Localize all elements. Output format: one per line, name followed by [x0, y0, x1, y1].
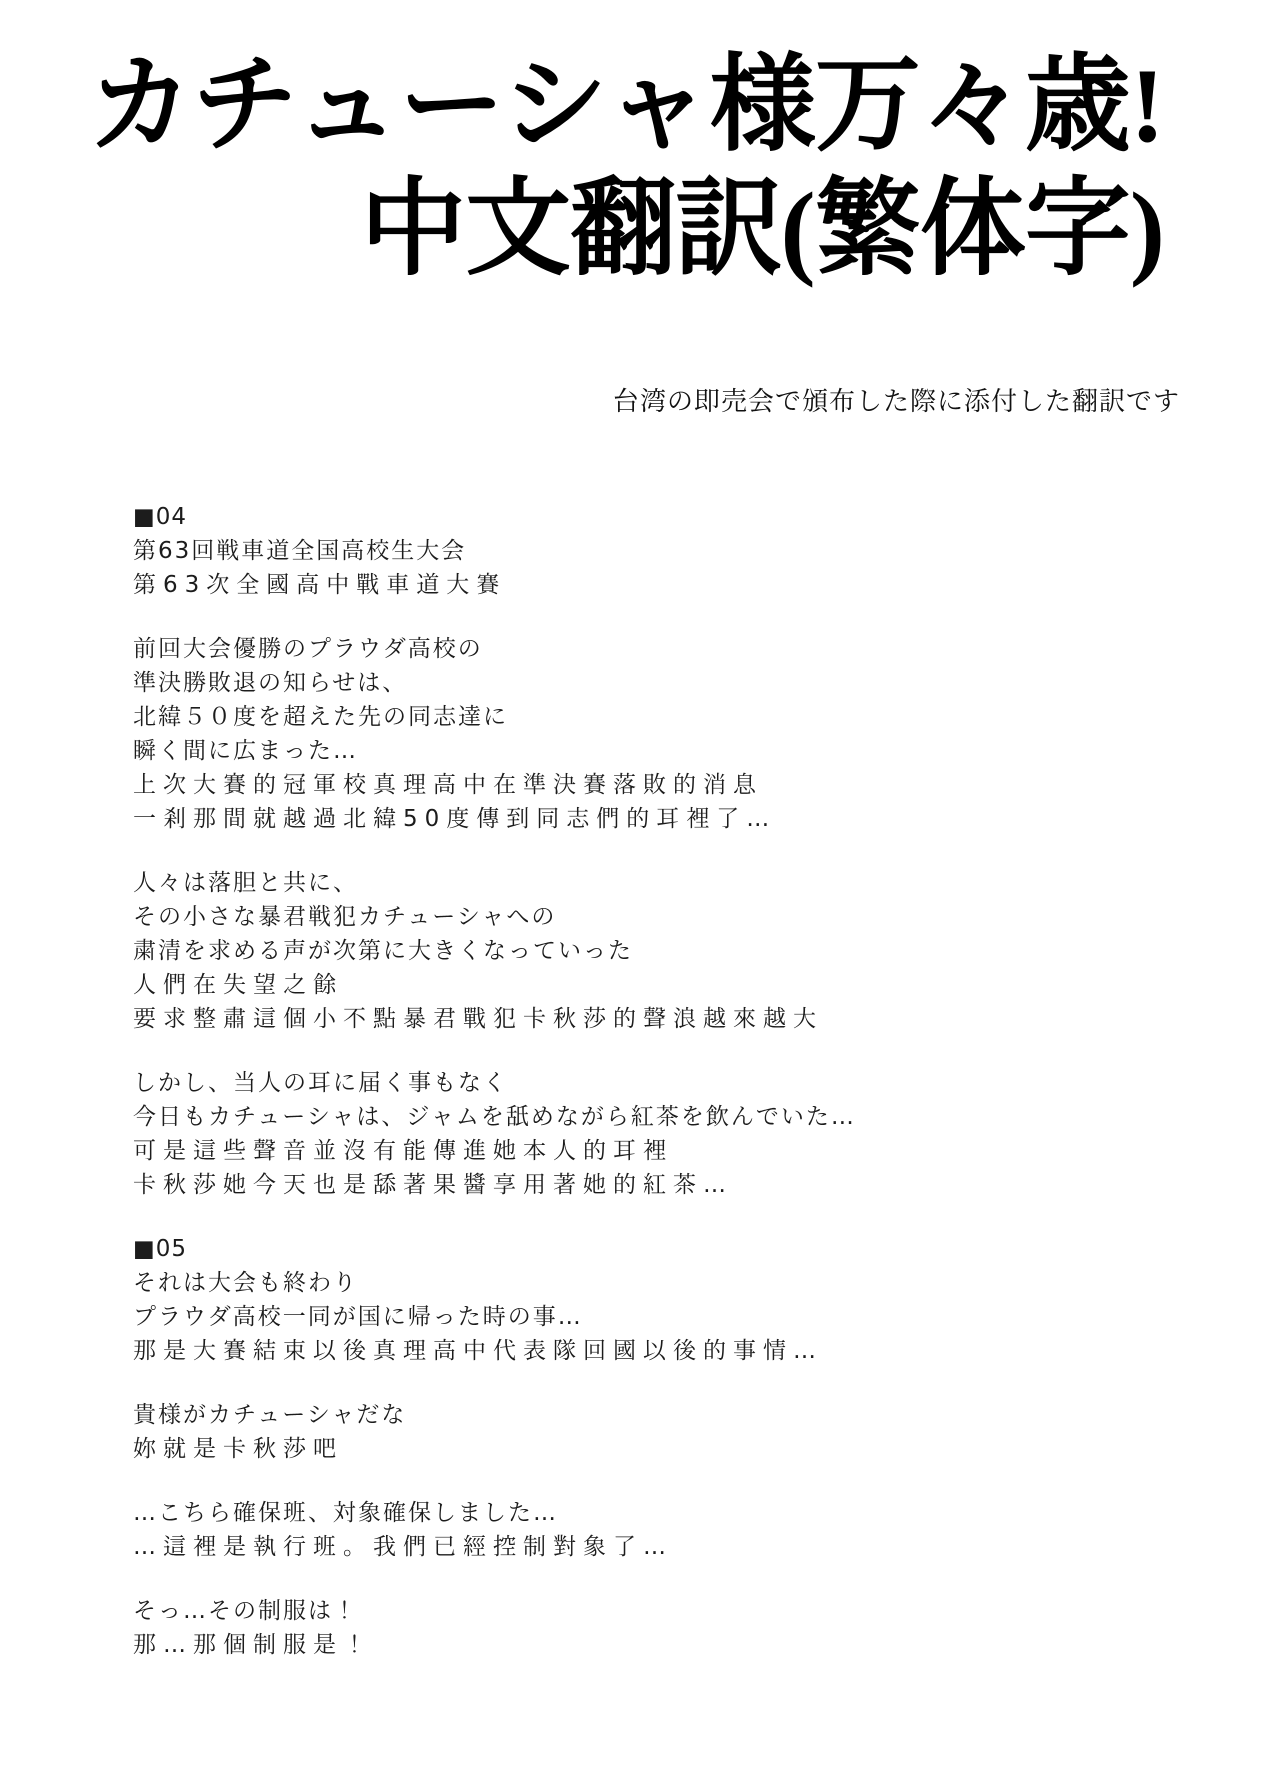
text-line-zh: 可是這些聲音並沒有能傳進她本人的耳裡 — [133, 1134, 1133, 1168]
text-line-ja: 準決勝敗退の知らせは、 — [133, 666, 1133, 700]
text-line-ja: 粛清を求める声が次第に大きくなっていった — [133, 934, 1133, 968]
text-line-ja: そっ…その制服は！ — [133, 1594, 1133, 1628]
text-line-ja: …こちら確保班、対象確保しました… — [133, 1496, 1133, 1530]
title-line-1: カチューシャ様万々歳! — [87, 44, 1164, 168]
paragraph: 人々は落胆と共に、 その小さな暴君戦犯カチューシャへの 粛清を求める声が次第に大… — [133, 866, 1133, 1036]
text-line-zh: 卡秋莎她今天也是舔著果醬享用著她的紅茶… — [133, 1168, 1133, 1202]
text-line-ja: 人々は落胆と共に、 — [133, 866, 1133, 900]
text-line-ja: プラウダ高校一同が国に帰った時の事… — [133, 1300, 1133, 1334]
text-line-zh: 要求整肅這個小不點暴君戰犯卡秋莎的聲浪越來越大 — [133, 1002, 1133, 1036]
text-line-ja: 今日もカチューシャは、ジャムを舐めながら紅茶を飲んでいた… — [133, 1100, 1133, 1134]
text-line-ja: しかし、当人の耳に届く事もなく — [133, 1066, 1133, 1100]
text-line-ja: その小さな暴君戦犯カチューシャへの — [133, 900, 1133, 934]
text-line-ja: 貴様がカチューシャだな — [133, 1398, 1133, 1432]
document-title: カチューシャ様万々歳! 中文翻訳(繁体字) — [87, 44, 1164, 292]
text-line-ja: 第63回戦車道全国高校生大会 — [133, 534, 1133, 568]
text-line-zh: 上次大賽的冠軍校真理高中在準決賽落敗的消息 — [133, 768, 1133, 802]
text-line-zh: …這裡是執行班。我們已經控制對象了… — [133, 1530, 1133, 1564]
text-line-zh: 第63次全國高中戰車道大賽 — [133, 568, 1133, 602]
document-subtitle: 台湾の即売会で頒布した際に添付した翻訳です — [613, 386, 1180, 418]
section-05-block: ■05 それは大会も終わり プラウダ高校一同が国に帰った時の事… 那是大賽結束以… — [133, 1232, 1133, 1368]
text-line-zh: 妳就是卡秋莎吧 — [133, 1432, 1133, 1466]
paragraph: そっ…その制服は！ 那…那個制服是！ — [133, 1594, 1133, 1662]
section-marker: ■05 — [133, 1232, 1133, 1266]
text-line-zh: 那…那個制服是！ — [133, 1628, 1133, 1662]
paragraph: 貴様がカチューシャだな 妳就是卡秋莎吧 — [133, 1398, 1133, 1466]
text-line-ja: 瞬く間に広まった… — [133, 734, 1133, 768]
text-line-ja: それは大会も終わり — [133, 1266, 1133, 1300]
text-line-zh: 人們在失望之餘 — [133, 968, 1133, 1002]
document-page: カチューシャ様万々歳! 中文翻訳(繁体字) 台湾の即売会で頒布した際に添付した翻… — [0, 0, 1280, 1791]
paragraph: …こちら確保班、対象確保しました… …這裡是執行班。我們已經控制對象了… — [133, 1496, 1133, 1564]
text-line-ja: 前回大会優勝のプラウダ高校の — [133, 632, 1133, 666]
text-line-zh: 一剎那間就越過北緯50度傳到同志們的耳裡了… — [133, 802, 1133, 836]
paragraph: 前回大会優勝のプラウダ高校の 準決勝敗退の知らせは、 北緯５０度を超えた先の同志… — [133, 632, 1133, 836]
text-line-zh: 那是大賽結束以後真理高中代表隊回國以後的事情… — [133, 1334, 1133, 1368]
translation-body: ■04 第63回戦車道全国高校生大会 第63次全國高中戰車道大賽 前回大会優勝の… — [133, 500, 1133, 1692]
paragraph: しかし、当人の耳に届く事もなく 今日もカチューシャは、ジャムを舐めながら紅茶を飲… — [133, 1066, 1133, 1202]
section-04-block: ■04 第63回戦車道全国高校生大会 第63次全國高中戰車道大賽 — [133, 500, 1133, 602]
section-marker: ■04 — [133, 500, 1133, 534]
text-line-ja: 北緯５０度を超えた先の同志達に — [133, 700, 1133, 734]
title-line-2: 中文翻訳(繁体字) — [87, 168, 1164, 292]
